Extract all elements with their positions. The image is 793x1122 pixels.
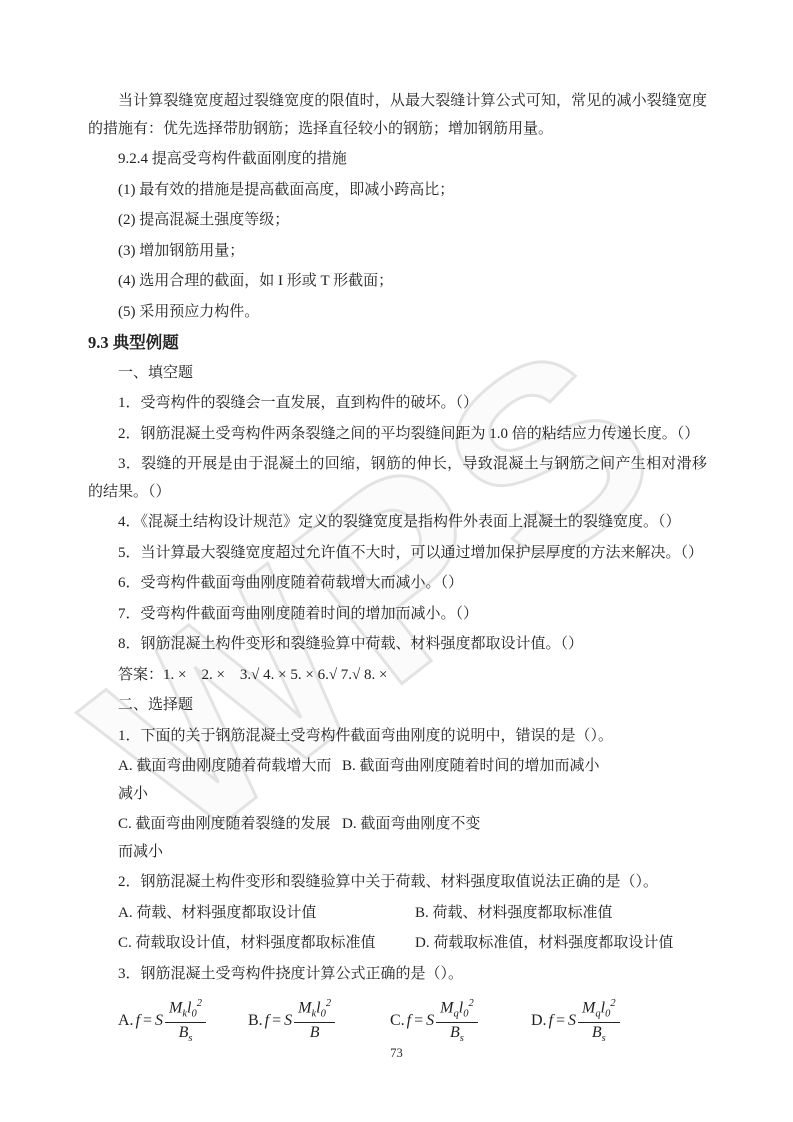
choice-q2-option-b: B. 荷载、材料强度都取标准值 <box>415 900 707 928</box>
document-content: 当计算裂缝宽度超过裂缝宽度的限值时，从最大裂缝计算公式可知，常见的减小裂缝宽度的… <box>0 0 793 1045</box>
choice-q3-formula-a: A. f = S Mkl02 Bs <box>118 998 248 1045</box>
fraction: Mql02 Bs <box>578 998 620 1045</box>
section-924-item-3: (3) 增加钢筋用量； <box>88 238 707 266</box>
intro-paragraph: 当计算裂缝宽度超过裂缝宽度的限值时，从最大裂缝计算公式可知，常见的减小裂缝宽度的… <box>88 88 707 143</box>
section-924-heading: 9.2.4 提高受弯构件截面刚度的措施 <box>88 146 707 174</box>
document-page: WPS 当计算裂缝宽度超过裂缝宽度的限值时，从最大裂缝计算公式可知，常见的减小裂… <box>0 0 793 1122</box>
choice-q3-formula-d: D. f = S Mql02 Bs <box>531 998 707 1045</box>
choice-q2-option-d: D. 荷载取标准值，材料强度都取设计值 <box>415 930 707 958</box>
choice-q1-options-row-1: A. 截面弯曲刚度随着荷载增大而减小 B. 截面弯曲刚度随着时间的增加而减小 <box>88 753 707 808</box>
choice-q1-option-c: C. 截面弯曲刚度随着裂缝的发展而减小 <box>118 811 342 866</box>
choice-q3-stem: 3．钢筋混凝土受弯构件挠度计算公式正确的是（）。 <box>88 961 707 989</box>
section-924-item-2: (2) 提高混凝土强度等级； <box>88 207 707 235</box>
fill-in-question-1: 1．受弯构件的裂缝会一直发展，直到构件的破坏。（） <box>88 390 707 418</box>
choice-q2-option-a: A. 荷载、材料强度都取设计值 <box>118 900 415 928</box>
fill-in-answers: 答案：1. × 2. × 3.√ 4. × 5. × 6.√ 7.√ 8. × <box>88 662 707 690</box>
choice-q2-options-row-2: C. 荷载取设计值，材料强度都取标准值 D. 荷载取标准值，材料强度都取设计值 <box>88 930 707 958</box>
choice-q2-stem: 2．钢筋混凝土构件变形和裂缝验算中关于荷载、材料强度取值说法正确的是（）。 <box>88 869 707 897</box>
choice-q3-formula-c: C. f = S Mql02 Bs <box>390 998 531 1045</box>
choice-q2-options-row-1: A. 荷载、材料强度都取设计值 B. 荷载、材料强度都取标准值 <box>88 900 707 928</box>
choice-q1-option-a: A. 截面弯曲刚度随着荷载增大而减小 <box>118 753 342 808</box>
choice-q1-option-b: B. 截面弯曲刚度随着时间的增加而减小 <box>342 753 707 808</box>
fraction: Mkl02 Bs <box>165 998 206 1045</box>
choice-q3-formula-row: A. f = S Mkl02 Bs B. f = S Mkl02 B <box>88 998 707 1045</box>
section-93-heading: 9.3 典型例题 <box>88 329 707 357</box>
fraction: Mql02 Bs <box>436 998 478 1045</box>
fill-in-question-3: 3．裂缝的开展是由于混凝土的回缩，钢筋的伸长，导致混凝土与钢筋之间产生相对滑移的… <box>88 451 707 506</box>
fill-in-question-5: 5．当计算最大裂缝宽度超过允许值不大时，可以通过增加保护层厚度的方法来解决。（） <box>88 540 707 568</box>
fill-in-question-8: 8．钢筋混凝土构件变形和裂缝验算中荷载、材料强度都取设计值。（） <box>88 631 707 659</box>
fill-in-question-4: 4．《混凝土结构设计规范》定义的裂缝宽度是指构件外表面上混凝土的裂缝宽度。（） <box>88 509 707 537</box>
fill-in-question-2: 2．钢筋混凝土受弯构件两条裂缝之间的平均裂缝间距为 1.0 倍的粘结应力传递长度… <box>88 421 707 449</box>
section-924-item-4: (4) 选用合理的截面，如 I 形或 T 形截面； <box>88 268 707 296</box>
section-924-item-5: (5) 采用预应力构件。 <box>88 299 707 327</box>
fill-in-question-6: 6．受弯构件截面弯曲刚度随着荷载增大而减小。（） <box>88 570 707 598</box>
section-924-item-1: (1) 最有效的措施是提高截面高度，即减小跨高比； <box>88 177 707 205</box>
choice-q1-stem: 1．下面的关于钢筋混凝土受弯构件截面弯曲刚度的说明中，错误的是（）。 <box>88 723 707 751</box>
choice-q3-formula-b: B. f = S Mkl02 B <box>248 998 390 1045</box>
choice-q1-options-row-2: C. 截面弯曲刚度随着裂缝的发展而减小 D. 截面弯曲刚度不变 <box>88 811 707 866</box>
fraction: Mkl02 B <box>294 998 335 1045</box>
fill-in-question-7: 7．受弯构件截面弯曲刚度随着时间的增加而减小。（） <box>88 601 707 629</box>
fill-in-title: 一、填空题 <box>88 360 707 388</box>
choice-q2-option-c: C. 荷载取设计值，材料强度都取标准值 <box>118 930 415 958</box>
choice-q1-option-d: D. 截面弯曲刚度不变 <box>342 811 707 866</box>
page-number: 73 <box>0 1046 793 1061</box>
choice-title: 二、选择题 <box>88 692 707 720</box>
